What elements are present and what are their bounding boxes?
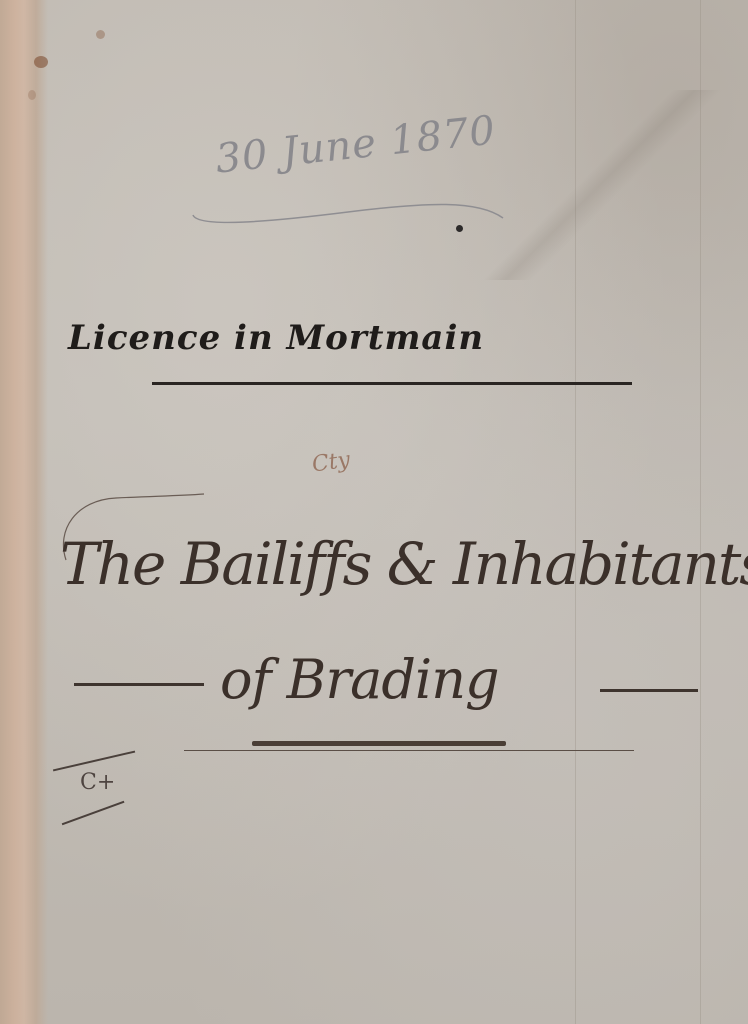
document-page: 30 June 1870 Licence in Mortmain Cty The… xyxy=(0,0,748,1024)
margin-slash xyxy=(62,801,125,825)
stain xyxy=(34,56,48,68)
paper-crease xyxy=(470,90,730,280)
document-heading: Licence in Mortmain xyxy=(68,318,484,358)
margin-slash xyxy=(53,751,135,771)
party-name-line1: The Bailiffs & Inhabitants xyxy=(60,530,748,598)
pencil-annotation: Cty xyxy=(310,447,351,477)
closing-rule-thick xyxy=(252,741,506,746)
stain xyxy=(28,90,36,100)
margin-mark: C+ xyxy=(80,770,115,795)
ink-dot xyxy=(456,225,463,232)
pencil-swash xyxy=(188,190,508,230)
party-name-line2: of Brading xyxy=(220,648,499,711)
binding-spine xyxy=(0,0,48,1024)
dash-left xyxy=(74,683,204,686)
date-annotation: 30 June 1870 xyxy=(213,107,498,182)
closing-rule-thin xyxy=(184,750,634,751)
stain xyxy=(96,30,105,39)
dash-right xyxy=(600,689,698,692)
heading-underline xyxy=(152,382,632,385)
